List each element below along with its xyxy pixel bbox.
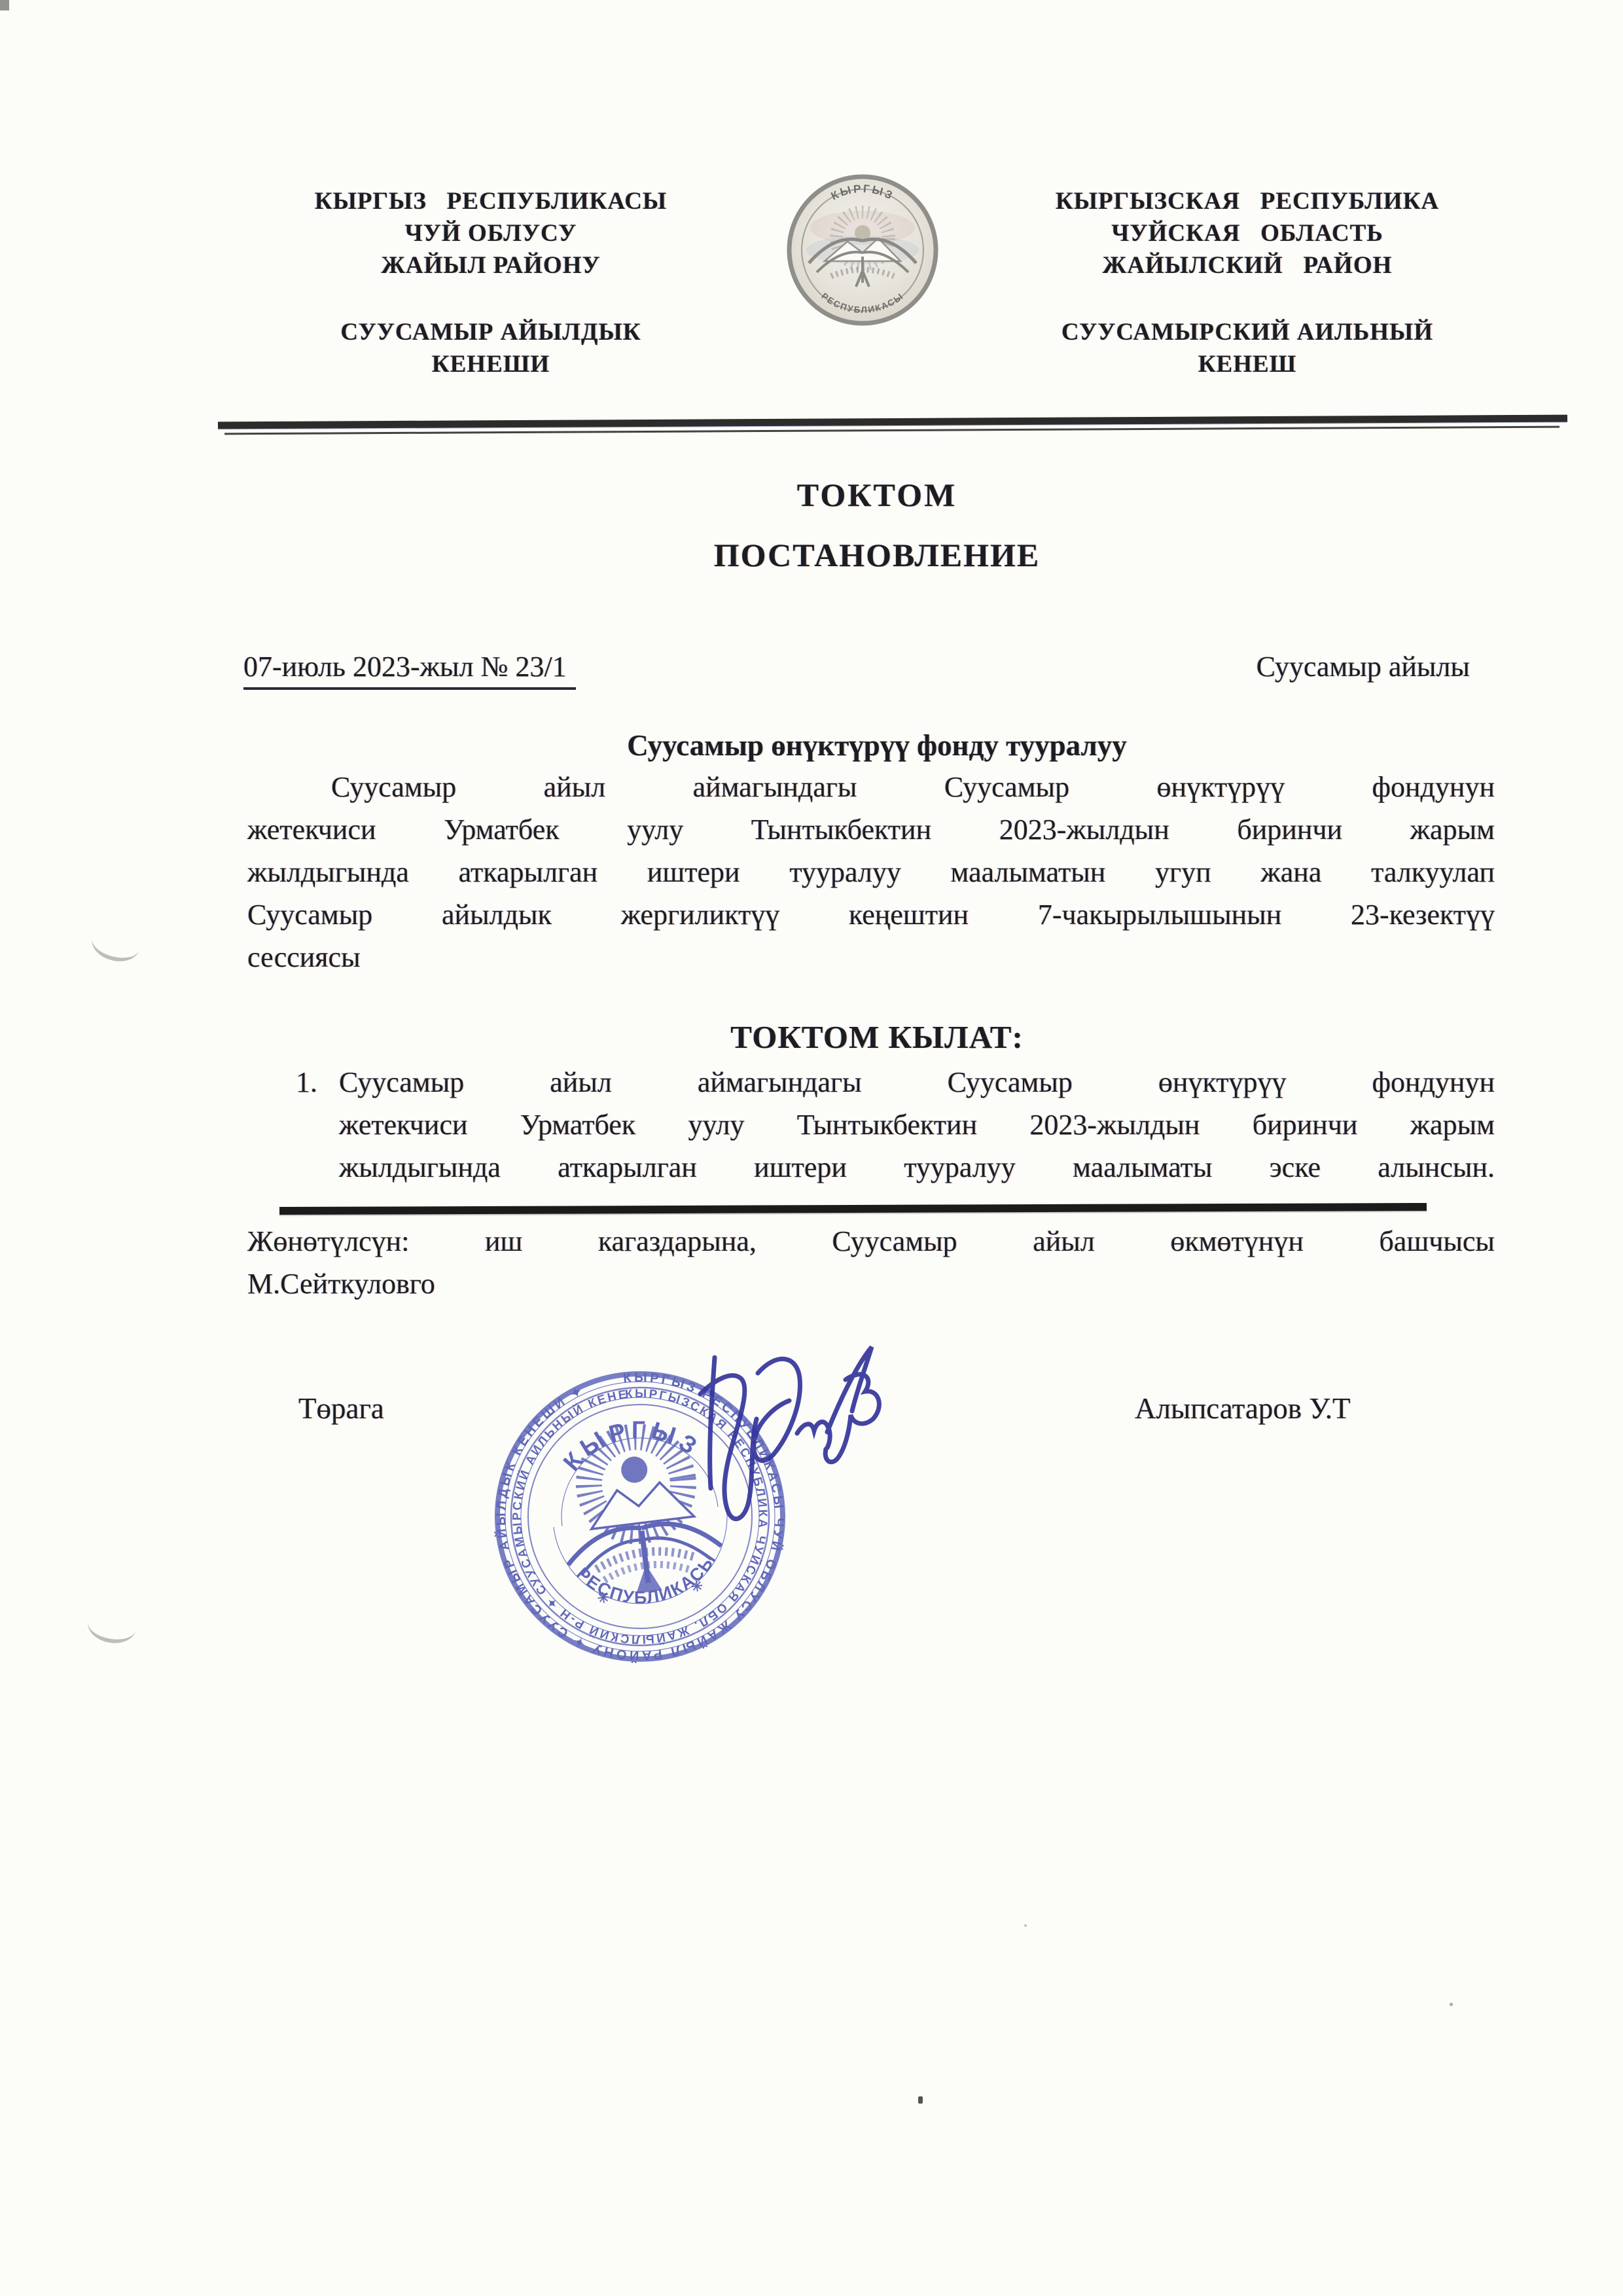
header-left-lines: КЫРГЫЗ РЕСПУБЛИКАСЫЧУЙ ОБЛУСУЖАЙЫЛ РАЙОН…	[275, 185, 707, 281]
header-line: СУУСАМЫР АЙЫЛДЫК	[275, 316, 707, 348]
resolution-divider	[279, 1203, 1427, 1215]
date-place-row: 07-июль 2023-жыл № 23/1 Суусамыр айылы	[243, 650, 1488, 690]
resolution-line: жылдыгында аткарылган иштери тууралуу ма…	[339, 1146, 1495, 1189]
resolution-item: 1. Суусамыр айыл аймагындагы Суусамыр өн…	[296, 1061, 1495, 1189]
signer-role: Төрага	[298, 1391, 384, 1426]
header-right-lines: КЫРГЫЗСКАЯ РЕСПУБЛИКАЧУЙСКАЯ ОБЛАСТЬЖАЙЫ…	[1022, 185, 1472, 281]
punch-hole-mark-top	[88, 922, 143, 966]
subject-heading: Суусамыр өнүктүрүү фонду тууралуу	[249, 728, 1505, 762]
scan-speck	[918, 2096, 923, 2104]
stamp-sun	[620, 1455, 649, 1484]
preamble-line: жетекчиси Урматбек уулу Тынтыкбектин 202…	[247, 808, 1495, 851]
title-russian: ПОСТАНОВЛЕНИЕ	[249, 536, 1505, 574]
scanner-corner-shadow	[0, 0, 9, 10]
header-divider	[218, 415, 1567, 435]
header-left-block: КЫРГЫЗ РЕСПУБЛИКАСЫЧУЙ ОБЛУСУЖАЙЫЛ РАЙОН…	[275, 185, 707, 380]
header-line: ЧУЙСКАЯ ОБЛАСТЬ	[1022, 217, 1472, 249]
header-line: ЖАЙЫЛ РАЙОНУ	[275, 249, 707, 281]
header-line: КЕНЕШ	[1022, 348, 1472, 380]
document-page: КЫРГЫЗ РЕСПУБЛИКАСЫЧУЙ ОБЛУСУЖАЙЫЛ РАЙОН…	[0, 0, 1623, 2296]
handwritten-signature	[681, 1317, 903, 1533]
header-line: КЫРГЫЗСКАЯ РЕСПУБЛИКА	[1022, 185, 1472, 217]
distribution-line: Жөнөтүлсүн: иш кагаздарына, Суусамыр айы…	[247, 1220, 1495, 1263]
title-kyrgyz: ТОКТОМ	[249, 476, 1505, 514]
distribution-paragraph: Жөнөтүлсүн: иш кагаздарына, Суусамыр айы…	[247, 1220, 1495, 1305]
preamble-line: жылдыгында аткарылган иштери тууралуу ма…	[247, 851, 1495, 893]
date-number: 07-июль 2023-жыл № 23/1	[243, 650, 576, 690]
preamble-line: сессиясы	[247, 936, 1495, 978]
document-title: ТОКТОМ ПОСТАНОВЛЕНИЕ	[249, 476, 1505, 574]
header-right-org: СУУСАМЫРСКИЙ АИЛЬНЫЙКЕНЕШ	[1022, 316, 1472, 380]
signer-name: Алыпсатаров У.Т	[1135, 1391, 1351, 1426]
place-name: Суусамыр айылы	[1257, 650, 1470, 683]
scan-speck	[1024, 1924, 1027, 1927]
resolution-line: Суусамыр айыл аймагындагы Суусамыр өнүкт…	[339, 1061, 1495, 1103]
distribution-line: М.Сейткуловго	[247, 1263, 1495, 1305]
punch-hole-mark-bottom	[85, 1605, 139, 1647]
preamble-paragraph: Суусамыр айыл аймагындагы Суусамыр өнүкт…	[247, 766, 1495, 978]
scan-speck	[1450, 2003, 1453, 2006]
resolution-item-number: 1.	[296, 1061, 339, 1189]
stamp-star-right: ✳	[690, 1577, 704, 1595]
header-line: КЕНЕШИ	[275, 348, 707, 380]
header-line: ЧУЙ ОБЛУСУ	[275, 217, 707, 249]
resolution-line: жетекчиси Урматбек уулу Тынтыкбектин 202…	[339, 1103, 1495, 1146]
stamp-star-left: ✳	[596, 1589, 610, 1607]
resolution-item-lines: Суусамыр айыл аймагындагы Суусамыр өнүкт…	[339, 1061, 1495, 1189]
preamble-line: Суусамыр айыл аймагындагы Суусамыр өнүкт…	[247, 766, 1495, 808]
preamble-line: Суусамыр айылдык жергиликтүү кеңештин 7-…	[247, 893, 1495, 936]
header-line: СУУСАМЫРСКИЙ АИЛЬНЫЙ	[1022, 316, 1472, 348]
header-left-org: СУУСАМЫР АЙЫЛДЫККЕНЕШИ	[275, 316, 707, 380]
header-line: КЫРГЫЗ РЕСПУБЛИКАСЫ	[275, 185, 707, 217]
header-right-block: КЫРГЫЗСКАЯ РЕСПУБЛИКАЧУЙСКАЯ ОБЛАСТЬЖАЙЫ…	[1022, 185, 1472, 380]
national-emblem-icon: КЫРГЫЗ РЕСПУБЛИКАСЫ	[785, 173, 940, 327]
header-line: ЖАЙЫЛСКИЙ РАЙОН	[1022, 249, 1472, 281]
resolution-heading: ТОКТОМ КЫЛАТ:	[249, 1018, 1505, 1056]
